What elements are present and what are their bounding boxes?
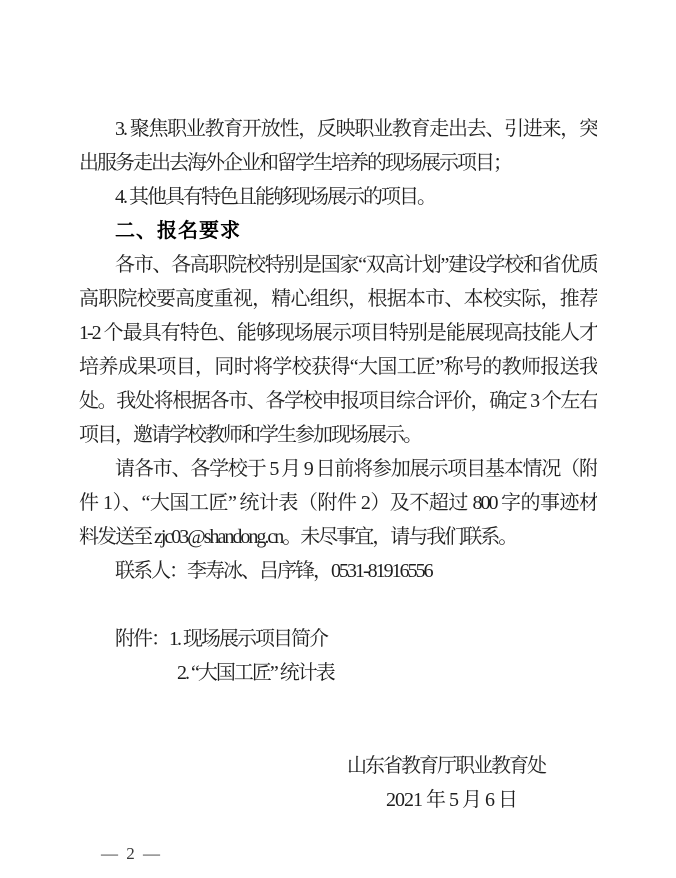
para-submission-line-3: 料发送至 zjc03@shandong.cn。未尽事宜，请与我们联系。 bbox=[79, 520, 597, 554]
attachment-line-1: 附件：1. 现场展示项目简介 bbox=[79, 622, 597, 656]
signature-organization: 山东省教育厅职业教育处 bbox=[347, 749, 545, 783]
item-3-line-2: 出服务走出去海外企业和留学生培养的现场展示项目； bbox=[79, 146, 597, 180]
para-submission-line-1: 请各市、各学校于 5 月 9 日前将参加展示项目基本情况（附 bbox=[79, 452, 597, 486]
section-heading-2: 二、报名要求 bbox=[79, 214, 597, 248]
para-requirements-line-2: 高职院校要高度重视，精心组织，根据本市、本校实际，推荐 bbox=[79, 282, 597, 316]
attachment-line-2: 2. “大国工匠” 统计表 bbox=[79, 656, 597, 690]
page-number: — 2 — bbox=[101, 842, 160, 866]
blank-line bbox=[79, 588, 597, 622]
document-body: 3. 聚焦职业教育开放性，反映职业教育走出去、引进来，突 出服务走出去海外企业和… bbox=[79, 112, 597, 690]
para-requirements-line-6: 项目，邀请学校教师和学生参加现场展示。 bbox=[79, 418, 597, 452]
contact-line: 联系人：李寿冰、吕序锋，0531-81916556 bbox=[79, 554, 597, 588]
signature-date: 2021 年 5 月 6 日 bbox=[386, 783, 517, 817]
para-requirements-line-3: 1-2 个最具有特色、能够现场展示项目特别是能展现高技能人才 bbox=[79, 316, 597, 350]
document-page: 3. 聚焦职业教育开放性，反映职业教育走出去、引进来，突 出服务走出去海外企业和… bbox=[0, 0, 676, 878]
para-requirements-line-4: 培养成果项目，同时将学校获得“大国工匠”称号的教师报送我 bbox=[79, 350, 597, 384]
para-requirements-line-1: 各市、各高职院校特别是国家“双高计划”建设学校和省优质 bbox=[79, 248, 597, 282]
para-requirements-line-5: 处。我处将根据各市、各学校申报项目综合评价，确定 3 个左右 bbox=[79, 384, 597, 418]
item-3-line-1: 3. 聚焦职业教育开放性，反映职业教育走出去、引进来，突 bbox=[79, 112, 597, 146]
item-4-line: 4. 其他具有特色且能够现场展示的项目。 bbox=[79, 180, 597, 214]
para-submission-line-2: 件 1）、“大国工匠” 统计表（附件 2）及不超过 800 字的事迹材 bbox=[79, 486, 597, 520]
